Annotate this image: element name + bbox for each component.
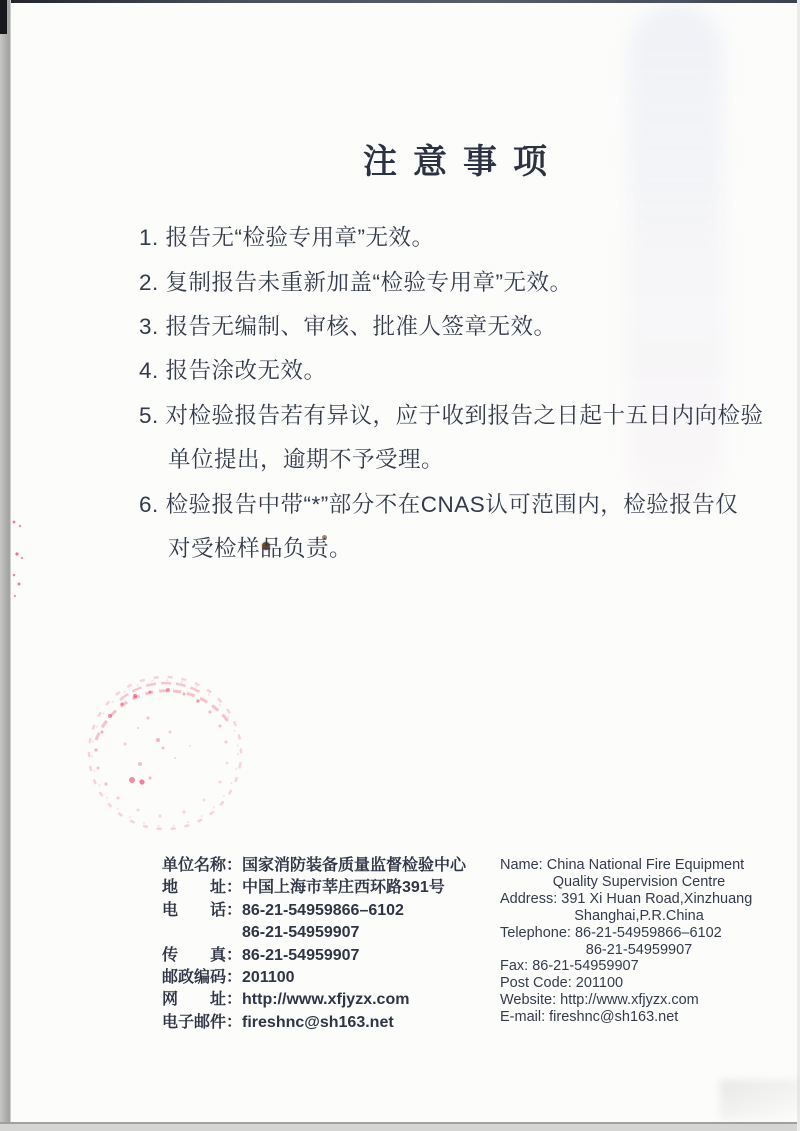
scan-edge-top bbox=[0, 0, 800, 3]
notes-list: 1. 报告无“检验专用章”无效。 2. 复制报告未重新加盖“检验专用章”无效。 … bbox=[139, 214, 764, 569]
contact-block-chinese: 单位名称：国家消防装备质量监督检验中心 地 址：中国上海市莘庄西环路391号 电… bbox=[162, 855, 466, 1034]
contact-en-telephone2: 86-21-54959907 bbox=[500, 942, 778, 959]
note-item-5-cont: 单位提出，逾期不予受理。 bbox=[139, 436, 764, 480]
contact-en-name2: Quality Supervision Centre bbox=[500, 874, 778, 891]
note-item-2: 2. 复制报告未重新加盖“检验专用章”无效。 bbox=[139, 258, 764, 302]
red-stamp-mark bbox=[80, 668, 250, 838]
page-title: 注意事项 bbox=[363, 134, 563, 183]
scan-corner-mark bbox=[0, 0, 7, 34]
contact-line-phone: 电 话：86-21-54959866–6102 bbox=[162, 900, 466, 922]
red-ink-speckles bbox=[8, 512, 30, 607]
contact-en-fax: Fax: 86-21-54959907 bbox=[500, 958, 778, 975]
contact-line-email: 电子邮件：fireshnc@sh163.net bbox=[162, 1012, 466, 1034]
note-item-6-cont: 对受检样品负责。 bbox=[139, 525, 764, 569]
note-item-1: 1. 报告无“检验专用章”无效。 bbox=[139, 214, 764, 258]
contact-en-telephone: Telephone: 86-21-54959866–6102 bbox=[500, 925, 778, 942]
contact-en-name: Name: China National Fire Equipment bbox=[500, 857, 778, 874]
contact-en-postcode: Post Code: 201100 bbox=[500, 975, 778, 992]
contact-line-website: 网 址：http://www.xfjyzx.com bbox=[162, 989, 466, 1011]
contact-block-english: Name: China National Fire Equipment Qual… bbox=[500, 857, 778, 1026]
contact-en-address: Address: 391 Xi Huan Road,Xinzhuang bbox=[500, 891, 778, 908]
scan-wrinkle-smudge bbox=[720, 1080, 800, 1120]
contact-line-name: 单位名称：国家消防装备质量监督检验中心 bbox=[162, 855, 466, 877]
note-item-6: 6. 检验报告中带“*”部分不在CNAS认可范围内，检验报告仅 bbox=[139, 480, 764, 524]
note-item-5: 5. 对检验报告若有异议，应于收到报告之日起十五日内向检验 bbox=[139, 392, 764, 436]
contact-en-website: Website: http://www.xfjyzx.com bbox=[500, 992, 778, 1009]
contact-en-address2: Shanghai,P.R.China bbox=[500, 908, 778, 925]
contact-en-email: E-mail: fireshnc@sh163.net bbox=[500, 1009, 778, 1026]
contact-line-address: 地 址：中国上海市莘庄西环路391号 bbox=[162, 877, 466, 899]
note-item-4: 4. 报告涂改无效。 bbox=[139, 347, 764, 391]
contact-line-phone2: 86-21-54959907 bbox=[162, 922, 466, 944]
note-item-3: 3. 报告无编制、审核、批准人签章无效。 bbox=[139, 303, 764, 347]
contact-line-fax: 传 真：86-21-54959907 bbox=[162, 945, 466, 967]
scan-edge-bottom bbox=[0, 1122, 800, 1131]
contact-line-postcode: 邮政编码：201100 bbox=[162, 967, 466, 989]
